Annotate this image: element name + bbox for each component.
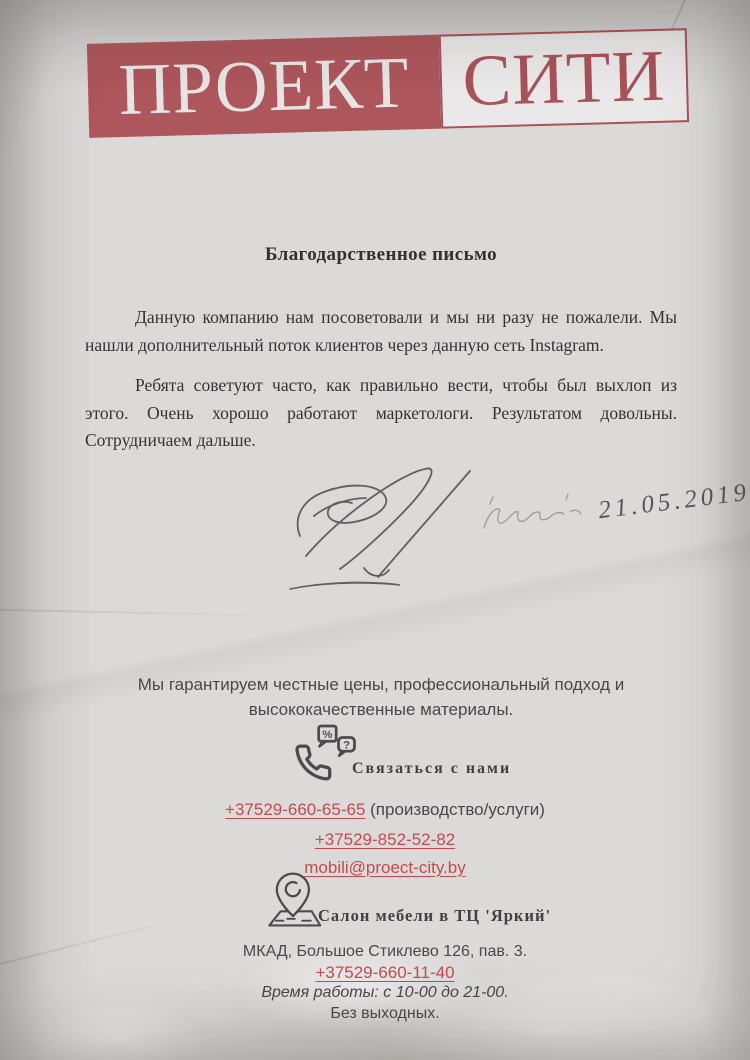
email-line: mobili@proect-city.by	[90, 858, 680, 878]
letter-photo: ПРОЕКТ СИТИ Благодарственное письмо Данн…	[0, 0, 750, 1060]
no-days-off: Без выходных.	[90, 1004, 680, 1024]
handwritten-date: 21.05.2019	[597, 479, 750, 525]
company-logo: ПРОЕКТ СИТИ	[87, 28, 689, 138]
address-line: МКАД, Большое Стиклево 126, пав. 3.	[90, 942, 680, 962]
handwritten-name	[484, 494, 581, 528]
phone-1-note: (производство/услуги)	[370, 800, 545, 819]
letter-title: Благодарственное письмо	[85, 244, 677, 266]
phone-line-1: +37529-660-65-65 (производство/услуги)	[90, 800, 680, 820]
logo-siti-block: СИТИ	[439, 28, 689, 128]
phone-link-1: +37529-660-65-65	[225, 800, 365, 819]
logo-text-siti: СИТИ	[462, 34, 667, 123]
phone-contact-icon: % ?	[292, 724, 356, 786]
contact-heading: Связаться с нами	[352, 760, 511, 778]
logo-proekt-block: ПРОЕКТ	[87, 35, 441, 138]
question-glyph: ?	[343, 740, 350, 752]
email-link: mobili@proect-city.by	[304, 858, 465, 877]
phone-link-2: +37529-852-52-82	[315, 830, 455, 849]
letter-body: Данную компанию нам посоветовали и мы ни…	[85, 304, 677, 468]
paragraph-1: Данную компанию нам посоветовали и мы ни…	[85, 304, 677, 359]
guarantee-text: Мы гарантируем честные цены, профессиона…	[85, 672, 677, 722]
paragraph-2: Ребята советуют часто, как правильно вес…	[85, 372, 677, 455]
working-hours: Время работы: с 10-00 до 21-00.	[90, 983, 680, 1003]
phone-link-3: +37529-660-11-40	[315, 963, 454, 982]
logo-text-proekt: ПРОЕКТ	[118, 40, 411, 132]
paper-crease	[0, 609, 300, 617]
salon-label: Салон мебели в ТЦ 'Яркий'	[318, 906, 551, 926]
location-pin-icon	[258, 870, 324, 930]
signature-scribble	[278, 456, 608, 598]
phone-line-2: +37529-852-52-82	[90, 830, 680, 850]
percent-glyph: %	[322, 729, 332, 741]
address-block: МКАД, Большое Стиклево 126, пав. 3. +375…	[90, 942, 680, 1024]
